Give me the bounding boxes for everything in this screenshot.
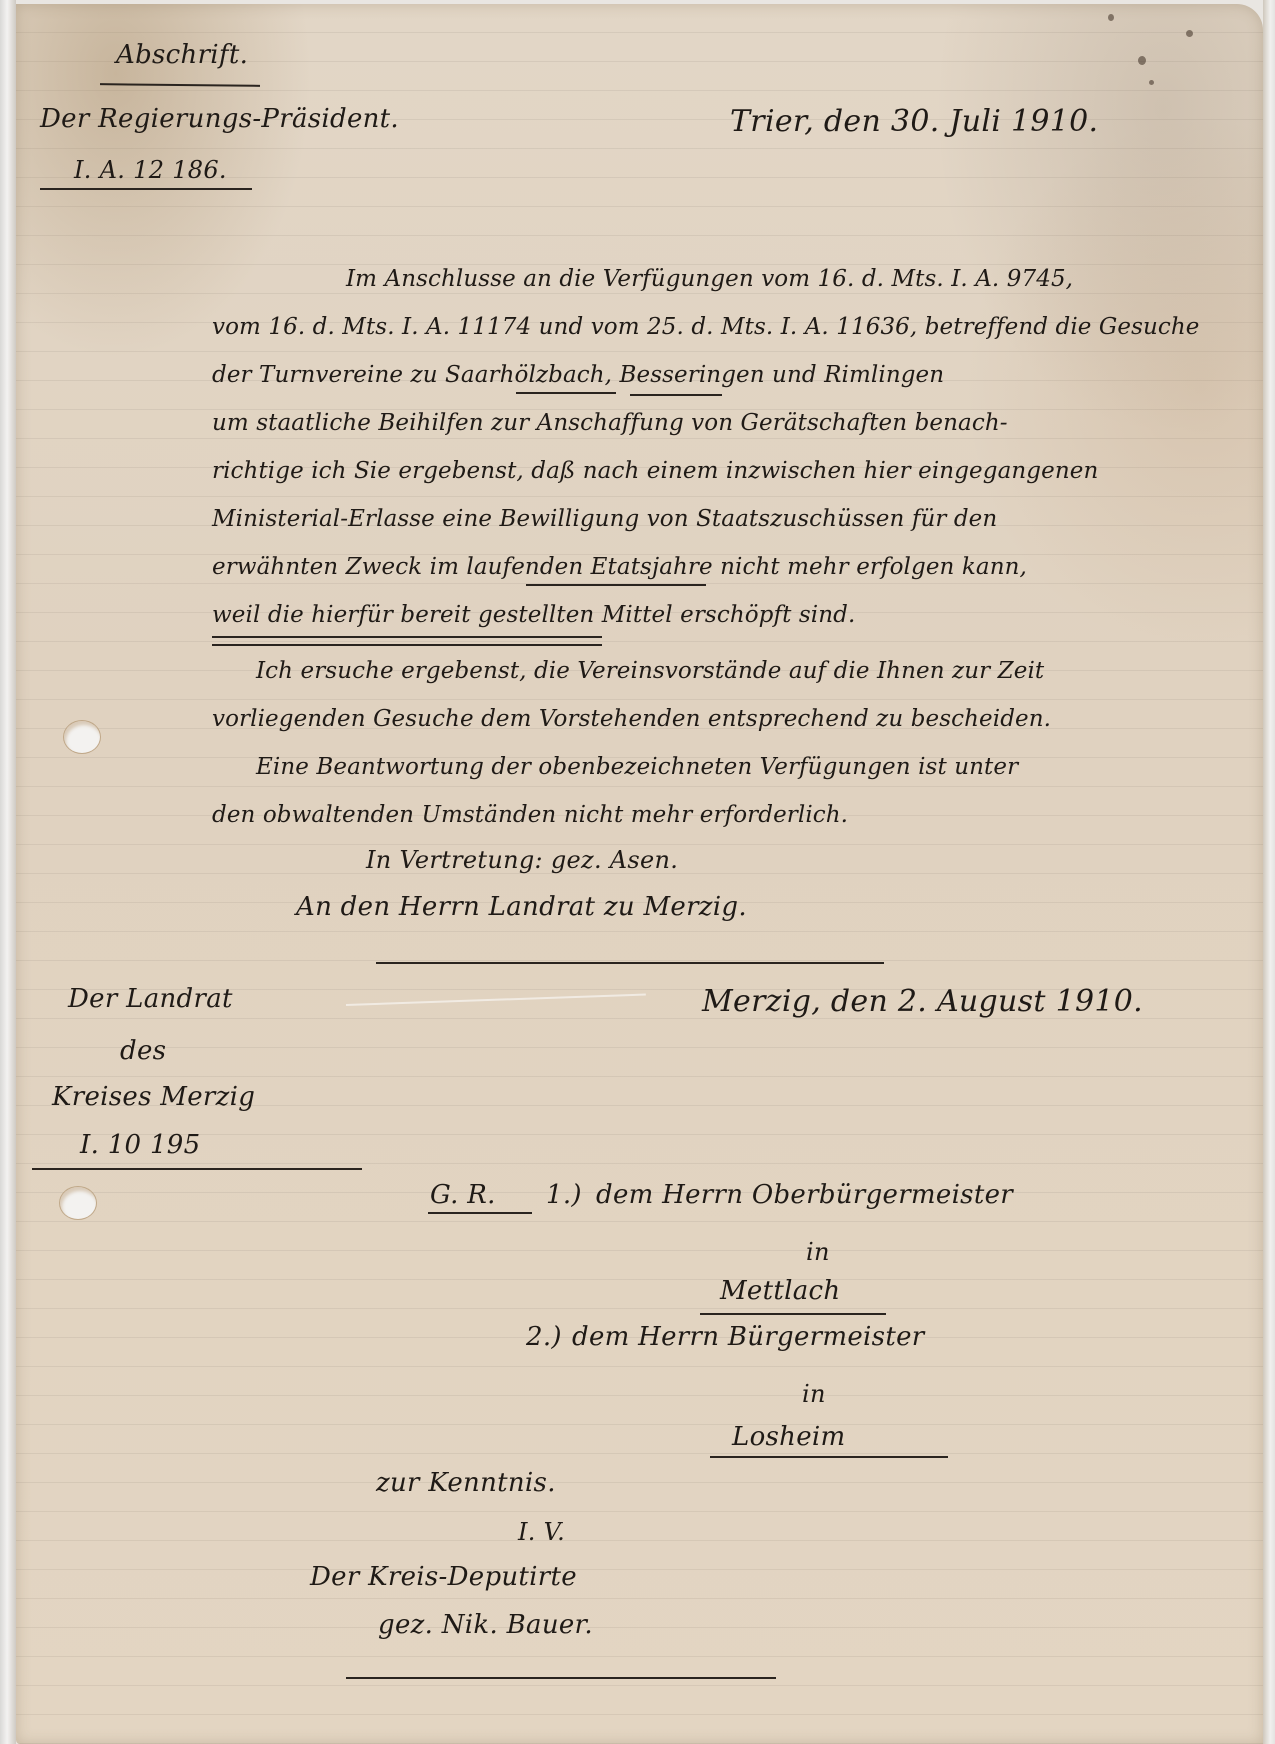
scan-edge-left bbox=[0, 0, 16, 1744]
gr-marker-underline bbox=[428, 1212, 532, 1214]
underline-saarhoelzbach bbox=[516, 392, 616, 394]
body-line-2: vom 16. d. Mts. I. A. 11174 und vom 25. … bbox=[212, 314, 1200, 340]
recipient-2-place-underline bbox=[710, 1456, 948, 1458]
body-para3-line-1: Eine Beantwortung der obenbezeichneten V… bbox=[256, 754, 1018, 780]
sender-office: Der Regierungs-Präsident. bbox=[40, 104, 399, 134]
recipient-1-title: dem Herrn Oberbürgermeister bbox=[596, 1180, 1013, 1210]
recipient-1-preposition: in bbox=[806, 1238, 830, 1266]
place-date-merzig: Merzig, den 2. August 1910. bbox=[702, 984, 1143, 1019]
copy-label: Abschrift. bbox=[116, 40, 248, 70]
landrat-underline bbox=[32, 1168, 362, 1170]
ink-spot bbox=[1186, 30, 1193, 37]
double-underline-erschoepft bbox=[212, 636, 602, 646]
underline-nicht-mehr bbox=[526, 584, 706, 586]
closing-kenntnis: zur Kenntnis. bbox=[376, 1468, 556, 1498]
on-behalf-iv: I. V. bbox=[518, 1518, 565, 1546]
ink-spot bbox=[1108, 14, 1114, 21]
landrat-office-line-1: Der Landrat bbox=[68, 984, 233, 1014]
body-line-1: Im Anschlusse an die Verfügungen vom 16.… bbox=[346, 266, 1073, 292]
addressee-landrat: An den Herrn Landrat zu Merzig. bbox=[296, 892, 747, 922]
section-divider bbox=[376, 962, 884, 964]
landrat-office-line-2: des bbox=[120, 1036, 166, 1066]
gr-marker: G. R. bbox=[430, 1180, 496, 1210]
signer-name: gez. Nik. Bauer. bbox=[378, 1610, 593, 1640]
recipient-1-place: Mettlach bbox=[720, 1276, 840, 1306]
recipient-2-number: 2.) bbox=[526, 1322, 562, 1352]
body-line-4: um staatliche Beihilfen zur Anschaffung … bbox=[212, 410, 1008, 436]
scan-edge-right bbox=[1263, 0, 1275, 1744]
body-para2-line-2: vorliegenden Gesuche dem Vorstehenden en… bbox=[212, 706, 1051, 732]
recipient-1-place-underline bbox=[700, 1313, 886, 1315]
recipient-1-number: 1.) bbox=[546, 1180, 582, 1210]
document-page: Abschrift. Der Regierungs-Präsident. I. … bbox=[16, 4, 1263, 1744]
body-line-6: Ministerial-Erlasse eine Bewilligung von… bbox=[212, 506, 997, 532]
copy-label-underline bbox=[100, 83, 260, 86]
closing-rule bbox=[346, 1677, 776, 1679]
signature-asen: In Vertretung: gez. Asen. bbox=[366, 846, 678, 874]
paper-crease bbox=[346, 994, 646, 1006]
body-line-5: richtige ich Sie ergebenst, daß nach ein… bbox=[212, 458, 1098, 484]
recipient-2-title: dem Herrn Bürgermeister bbox=[572, 1322, 924, 1352]
body-para2-line-1: Ich ersuche ergebenst, die Vereinsvorstä… bbox=[256, 658, 1044, 684]
body-para3-line-2: den obwaltenden Umständen nicht mehr erf… bbox=[212, 802, 848, 828]
punch-hole-upper bbox=[64, 721, 100, 753]
recipient-2-preposition: in bbox=[802, 1380, 826, 1408]
reference-number: I. A. 12 186. bbox=[74, 156, 227, 184]
signer-title: Der Kreis-Deputirte bbox=[310, 1562, 577, 1592]
ink-spot bbox=[1138, 56, 1146, 65]
ink-spot bbox=[1149, 80, 1154, 85]
punch-hole-lower bbox=[60, 1187, 96, 1219]
landrat-office-line-3: Kreises Merzig bbox=[52, 1082, 255, 1112]
landrat-reference: I. 10 195 bbox=[80, 1130, 200, 1160]
recipient-2-place: Losheim bbox=[732, 1422, 845, 1452]
underline-besseringen bbox=[630, 394, 722, 396]
reference-underline bbox=[40, 188, 252, 190]
body-line-3: der Turnvereine zu Saarhölzbach, Besseri… bbox=[212, 362, 944, 388]
place-date-trier: Trier, den 30. Juli 1910. bbox=[730, 104, 1098, 139]
body-line-8: weil die hierfür bereit gestellten Mitte… bbox=[212, 602, 855, 628]
body-line-7: erwähnten Zweck im laufenden Etatsjahre … bbox=[212, 554, 1027, 580]
